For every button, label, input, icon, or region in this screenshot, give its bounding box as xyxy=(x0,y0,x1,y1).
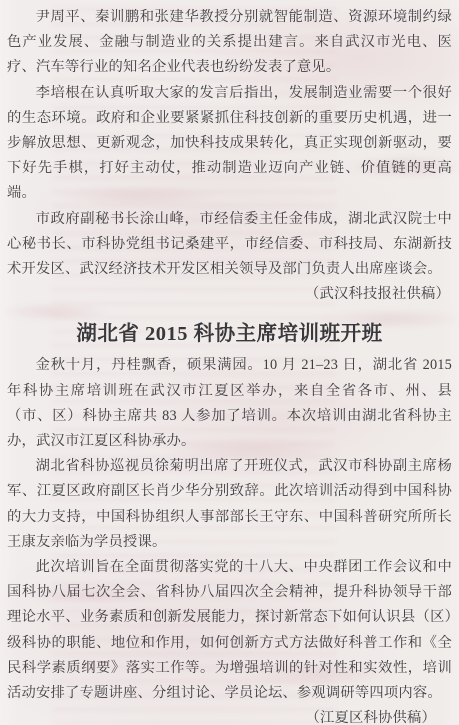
paragraph: 尹周平、秦训鹏和张建华教授分别就智能制造、资源环境制约绿色产业发展、金融与制造业… xyxy=(7,5,452,81)
attribution-line: （江夏区科协供稿） xyxy=(7,706,452,725)
paragraph: 湖北省科协巡视员徐菊明出席了开班仪式，武汉市科协副主席杨军、江夏区政府副区长肖少… xyxy=(7,454,452,555)
paragraph: 李培根在认真听取大家的发言后指出，发展制造业需要一个很好的生态环境。政府和企业要… xyxy=(7,81,452,207)
paragraph: 此次培训旨在全面贯彻落实党的十八大、中央群团工作会议和中国科协八届七次全会、省科… xyxy=(7,555,452,706)
paragraph: 市政府副秘书长涂山峰，市经信委主任金伟成，湖北武汉院士中心秘书长、市科协党组书记… xyxy=(7,207,452,283)
paragraph: 金秋十月，丹桂飘香，硕果满园。10 月 21–23 日，湖北省 2015 年科协… xyxy=(7,353,452,454)
article-title: 湖北省 2015 科协主席培训班开班 xyxy=(7,316,452,346)
page-content: 尹周平、秦训鹏和张建华教授分别就智能制造、资源环境制约绿色产业发展、金融与制造业… xyxy=(0,0,459,725)
article-training-class: 湖北省 2015 科协主席培训班开班 金秋十月，丹桂飘香，硕果满园。10 月 2… xyxy=(7,316,452,725)
scanned-document-page: 尹周平、秦训鹏和张建华教授分别就智能制造、资源环境制约绿色产业发展、金融与制造业… xyxy=(0,0,459,725)
attribution-line: （武汉科技报社供稿） xyxy=(7,282,452,307)
article-seminar-report: 尹周平、秦训鹏和张建华教授分别就智能制造、资源环境制约绿色产业发展、金融与制造业… xyxy=(7,5,452,307)
